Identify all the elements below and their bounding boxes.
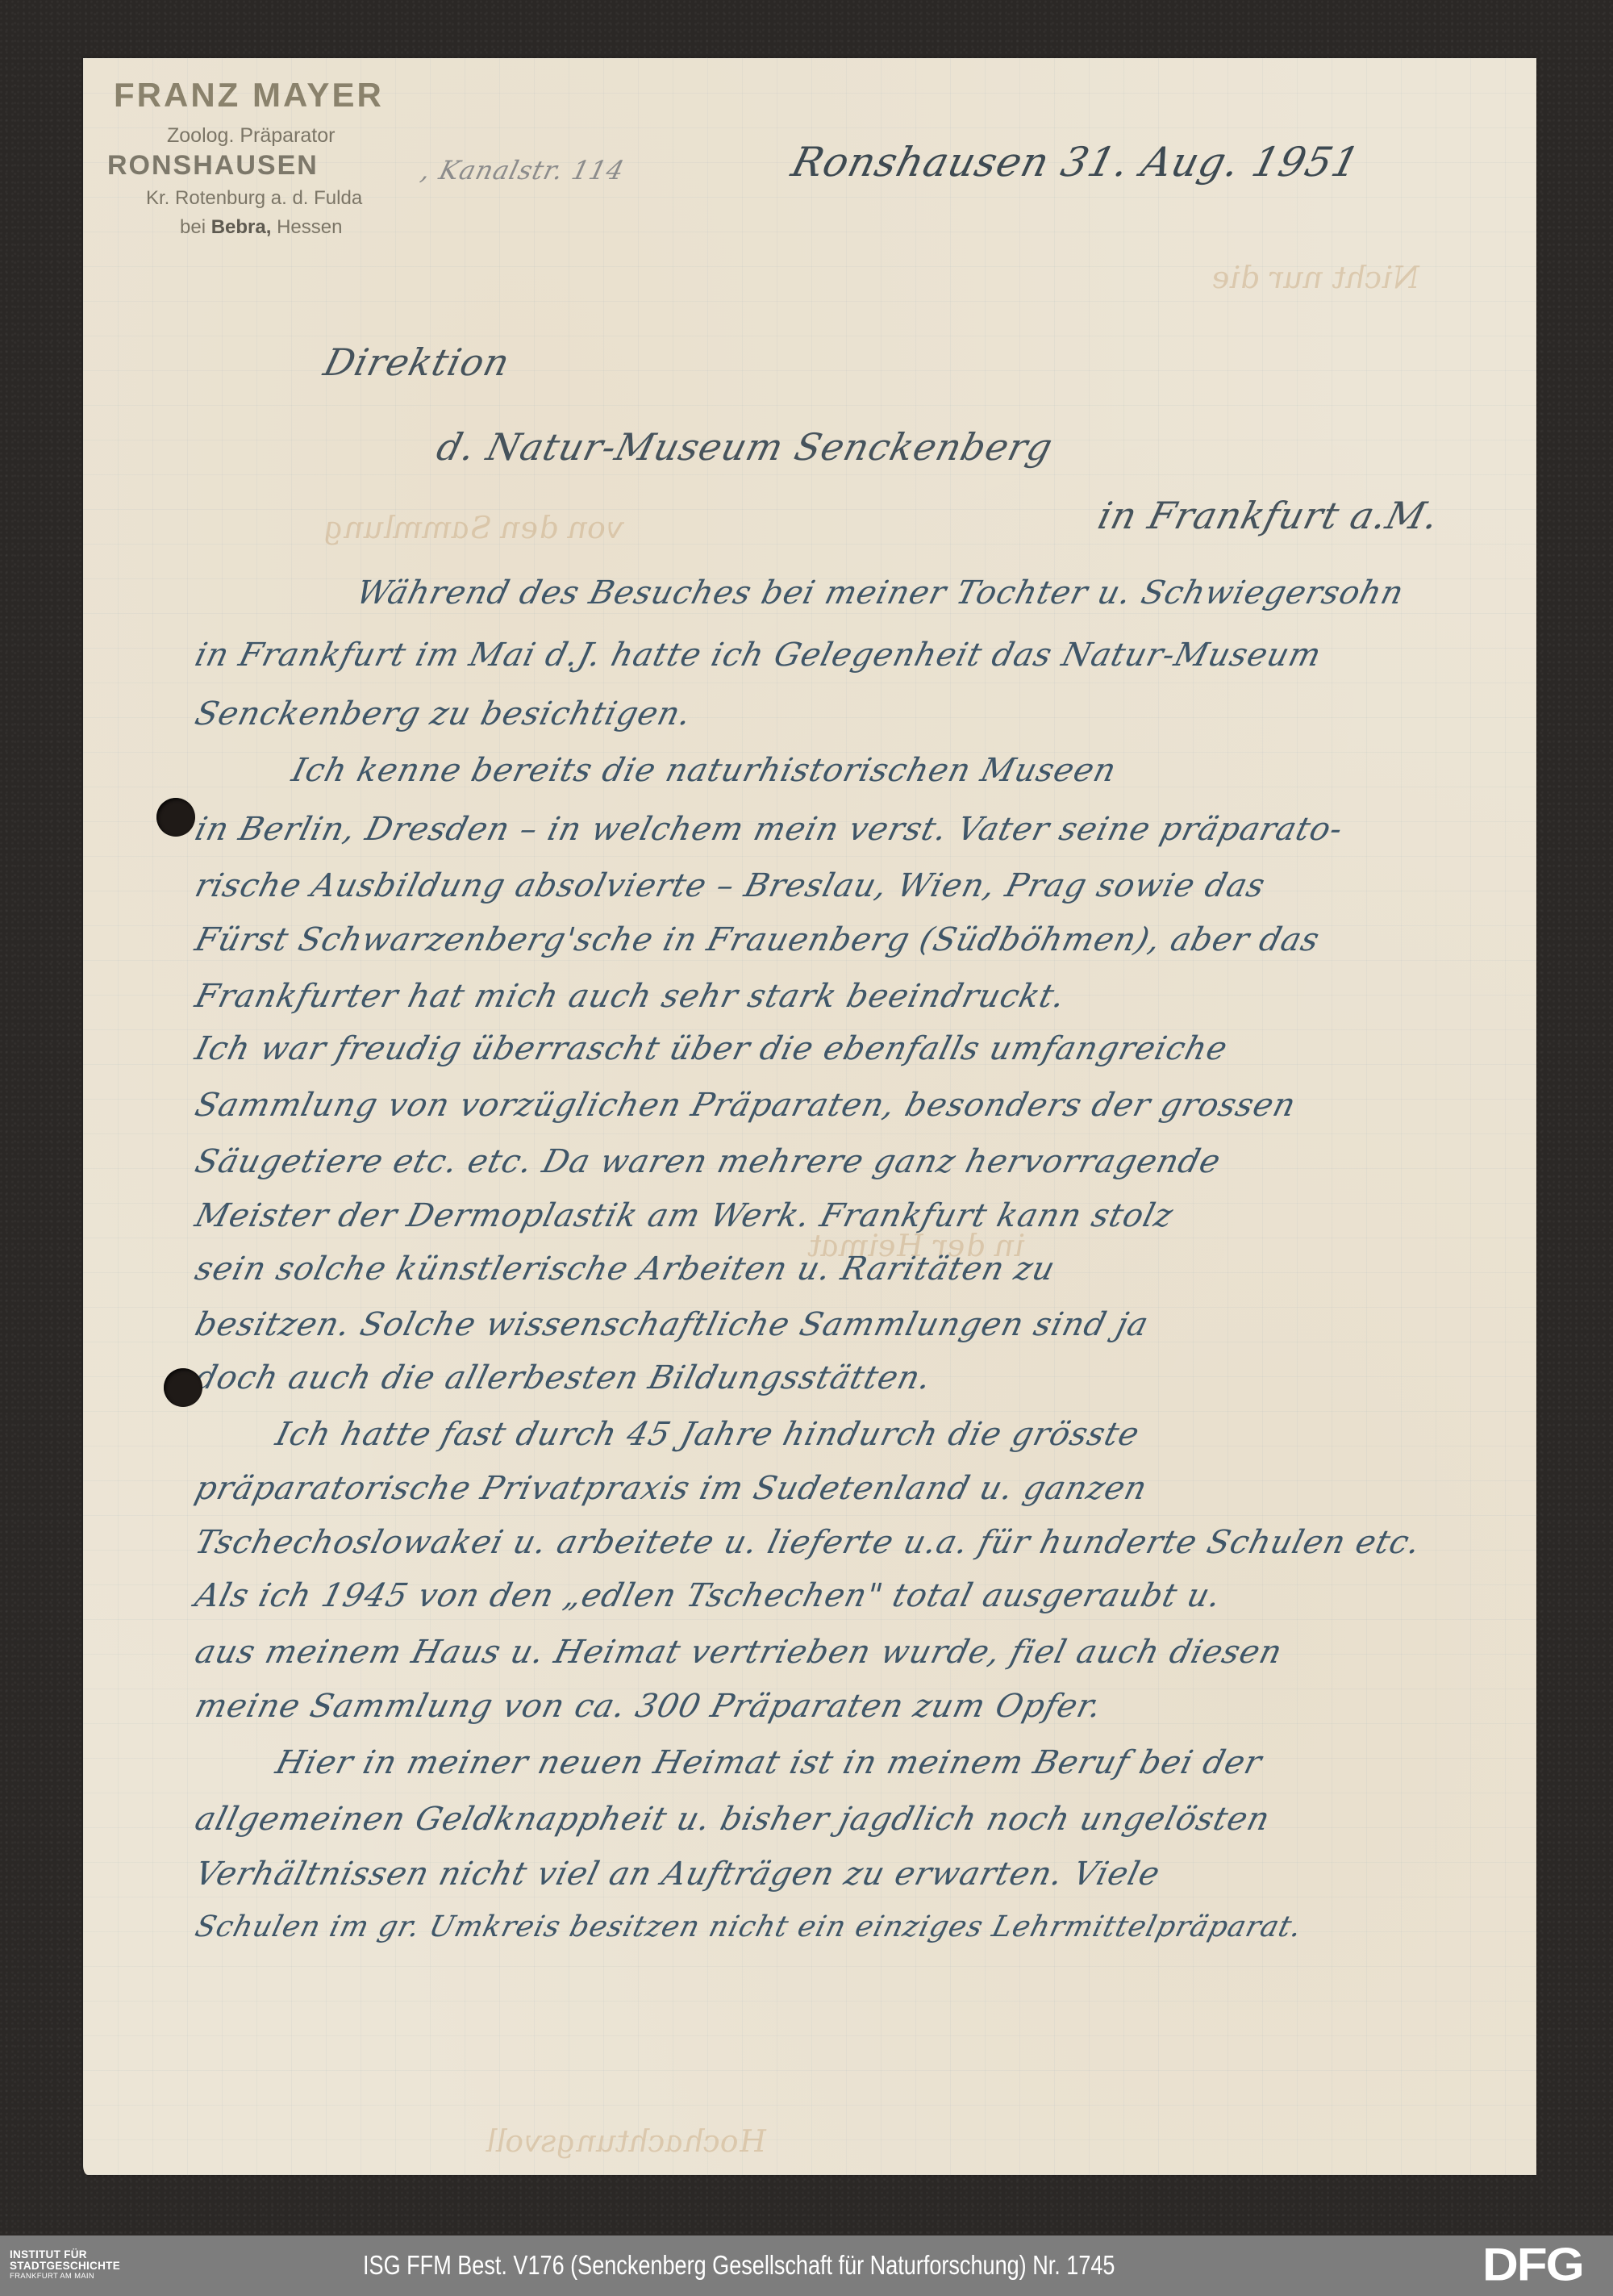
street-address-pencil: , Kanalstr. 114 [418,155,627,186]
body-line: Fürst Schwarzenberg'sche in Frauenberg (… [191,921,1323,958]
region-suffix: Hessen [277,216,342,238]
body-line: Säugetiere etc. etc. Da waren mehrere ga… [191,1143,1224,1180]
body-line: in Berlin, Dresden – in welchem mein ver… [191,811,1347,848]
body-line: Senckenberg zu besichtigen. [191,695,695,733]
dfg-logo: DFG [1482,2242,1583,2288]
body-line: doch auch die allerbesten Bildungsstätte… [191,1359,936,1396]
bleed-through-ink: Hochachtungsvoll [480,2123,773,2159]
bleed-through-ink: von den Sammlung [319,510,630,545]
body-line: rische Ausbildung absolvierte – Breslau,… [191,867,1269,904]
body-line: besitzen. Solche wissenschaftliche Samml… [191,1306,1152,1343]
isg-logo-line-2: STADTGESCHICHTE [10,2261,120,2272]
letterhead-name: FRANZ MAYER [114,76,384,115]
letterhead-title: Zoolog. Präparator [167,124,335,148]
archive-footer: INSTITUT FÜR STADTGESCHICHTE FRANKFURT A… [0,2235,1613,2296]
body-line: Sammlung von vorzüglichen Präparaten, be… [191,1087,1299,1124]
body-line: sein solche künstlerische Arbeiten u. Ra… [191,1250,1059,1288]
letterhead-district: Kr. Rotenburg a. d. Fulda [146,187,362,210]
body-line: allgemeinen Geldknappheit u. bisher jagd… [191,1801,1273,1838]
isg-logo-line-1: INSTITUT FÜR [10,2249,120,2261]
body-line: präparatorische Privatpraxis im Sudetenl… [191,1470,1151,1507]
body-line: Frankfurter hat mich auch sehr stark bee… [191,978,1069,1015]
body-line: aus meinem Haus u. Heimat vertrieben wur… [191,1634,1286,1671]
isg-logo: INSTITUT FÜR STADTGESCHICHTE FRANKFURT A… [10,2249,120,2281]
body-line: Ich hatte fast durch 45 Jahre hindurch d… [272,1416,1143,1453]
place-and-date: Ronshausen 31. Aug. 1951 [787,139,1365,186]
body-line: Schulen im gr. Umkreis besitzen nicht ei… [192,1910,1306,1943]
body-line: Als ich 1945 von den „edlen Tschechen" t… [191,1577,1225,1614]
archive-reference-caption: ISG FFM Best. V176 (Senckenberg Gesellsc… [363,2250,1115,2281]
body-line: in Frankfurt im Mai d.J. hatte ich Geleg… [191,637,1325,674]
region-prefix: bei [180,216,206,238]
bleed-through-ink: Nicht nur die [1206,260,1426,295]
body-line: Meister der Dermoplastik am Werk. Frankf… [191,1197,1177,1234]
letterhead-town: RONSHAUSEN [107,150,319,182]
letterhead-region: bei Bebra, Hessen [180,216,342,239]
punch-hole [164,1368,202,1407]
letter-page: Nicht nur die von den Sammlung in der He… [83,58,1536,2175]
addressee-line-1: Direktion [319,340,515,384]
region-bold: Bebra, [211,216,272,238]
addressee-line-3: in Frankfurt a.M. [1094,494,1444,537]
body-line: Hier in meiner neuen Heimat ist in meine… [272,1744,1265,1781]
isg-logo-line-3: FRANKFURT AM MAIN [10,2273,120,2281]
body-line: meine Sammlung von ca. 300 Präparaten zu… [191,1688,1106,1725]
body-line: Verhältnissen nicht viel an Aufträgen zu… [191,1856,1164,1893]
body-line: Tschechoslowakei u. arbeitete u. liefert… [191,1524,1424,1561]
body-line: Ich kenne bereits die naturhistorischen … [288,752,1120,789]
addressee-line-2: d. Natur-Museum Senckenberg [432,425,1057,469]
punch-hole [156,798,195,837]
body-line: Ich war freudig überrascht über die eben… [191,1030,1232,1067]
body-line: Während des Besuches bei meiner Tochter … [352,574,1407,612]
